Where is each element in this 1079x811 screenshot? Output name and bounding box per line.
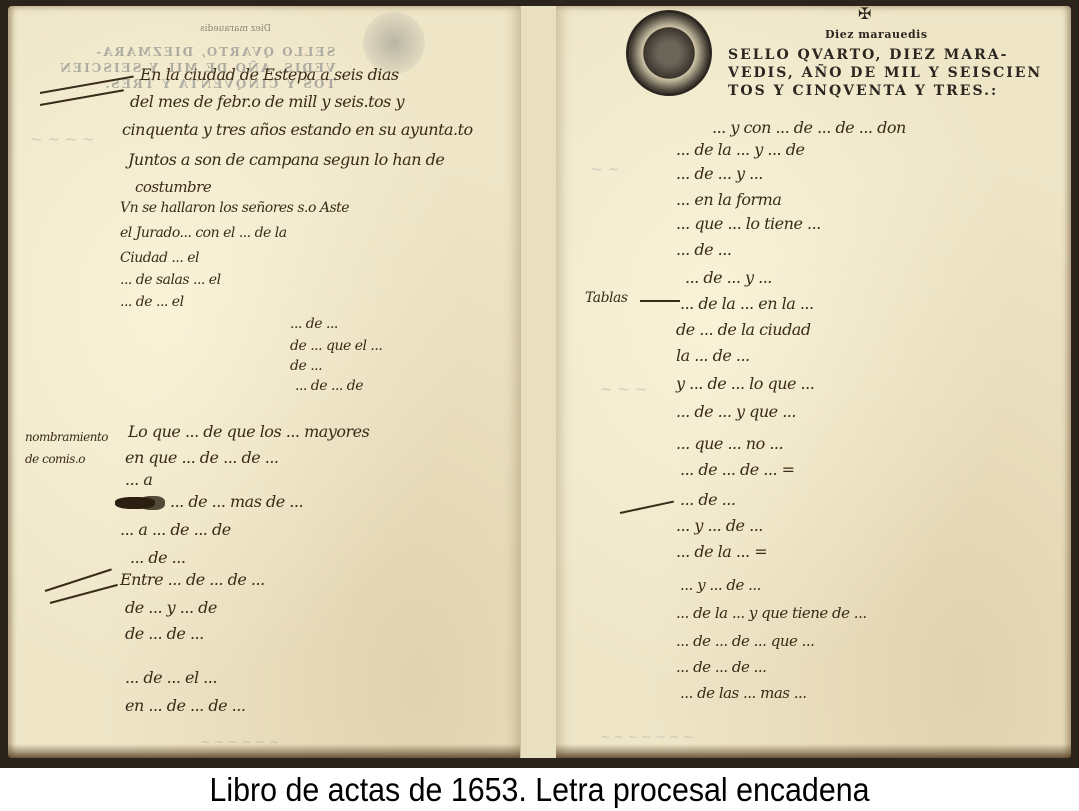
margin-dash: [640, 300, 680, 302]
left-line-22: de ... y ... de: [125, 598, 217, 617]
right-line-12: ... de ... y que ...: [676, 402, 796, 421]
right-line-2: ... de la ... y ... de: [676, 140, 804, 159]
right-line-5: ... que ... lo tiene ...: [676, 214, 821, 233]
right-page-burnt-edge: [556, 744, 1071, 758]
right-line-7: ... de ... y ...: [685, 268, 772, 287]
left-line-14: ... de ... de: [295, 378, 363, 394]
right-line-16: ... y ... de ...: [676, 516, 763, 535]
right-line-6: ... de ...: [676, 240, 731, 259]
left-margin-note-1: nombramiento: [25, 430, 108, 444]
right-line-18: ... y ... de ...: [680, 576, 761, 594]
left-line-16: en que ... de ... de ...: [125, 448, 279, 467]
left-line-12: de ... que el ...: [290, 338, 382, 354]
right-line-11: y ... de ... lo que ...: [676, 374, 814, 393]
right-line-1: ... y con ... de ... de ... don: [712, 118, 906, 137]
left-line-21: Entre ... de ... de ...: [120, 570, 265, 589]
left-line-8: Ciudad ... el: [120, 250, 199, 266]
left-line-2: del mes de febr.o de mill y seis.tos y: [130, 92, 404, 111]
right-margin-note-1: Tablas: [585, 290, 628, 306]
right-line-4: ... en la forma: [676, 190, 781, 209]
left-line-25: en ... de ... de ...: [125, 696, 245, 715]
left-line-24: ... de ... el ...: [125, 668, 217, 687]
right-line-3: ... de ... y ...: [676, 164, 763, 183]
stamp-value: Diez marauedis: [825, 28, 928, 41]
left-line-6: Vn se hallaron los señores s.o Aste: [120, 200, 349, 216]
right-line-17: ... de la ... =: [676, 542, 767, 561]
left-line-19: ... a ... de ... de: [120, 520, 231, 539]
right-line-9: de ... de la ciudad: [676, 320, 811, 339]
right-line-8: ... de la ... en la ...: [680, 294, 814, 313]
left-page: [8, 6, 520, 758]
left-line-18: ... de ... mas de ...: [170, 492, 303, 511]
left-line-17: ... a: [125, 470, 152, 489]
left-line-3: cinquenta y tres años estando en su ayun…: [122, 120, 473, 139]
right-line-22: ... de las ... mas ...: [680, 684, 807, 702]
royal-seal-stamp: [626, 10, 712, 96]
left-line-13: de ...: [290, 358, 322, 374]
left-line-1: En la ciudad de Estepa a seis dias: [140, 65, 399, 84]
left-line-11: ... de ...: [290, 316, 338, 332]
right-line-14: ... de ... de ... =: [680, 460, 795, 479]
right-line-15: ... de ...: [680, 490, 735, 509]
left-line-20: ... de ...: [130, 548, 185, 567]
left-line-23: de ... de ...: [125, 624, 204, 643]
left-line-7: el Jurado... con el ... de la: [120, 225, 287, 241]
stamp-header: SELLO QVARTO, DIEZ MARA- VEDIS, AÑO DE M…: [728, 46, 1042, 100]
left-line-5: costumbre: [135, 178, 211, 196]
left-line-10: ... de ... el: [120, 294, 184, 310]
right-line-21: ... de ... de ...: [676, 658, 766, 676]
ghost-stamp-value: Diez marauedis: [200, 24, 271, 34]
right-line-19: ... de la ... y que tiene de ...: [676, 604, 867, 622]
book-gutter: [520, 6, 558, 758]
right-line-13: ... que ... no ...: [676, 434, 783, 453]
ink-blot: [140, 496, 165, 510]
manuscript-scan: Diez marauedis SELLO QVARTO, DIEZMARA- V…: [0, 0, 1079, 768]
left-line-4: Juntos a son de campana segun lo han de: [128, 150, 444, 169]
right-line-10: la ... de ...: [676, 346, 750, 365]
left-margin-note-2: de comis.o: [25, 452, 85, 466]
left-line-9: ... de salas ... el: [120, 272, 221, 288]
right-line-20: ... de ... de ... que ...: [676, 632, 814, 650]
cross-icon: ✠: [858, 4, 871, 23]
image-caption: Libro de actas de 1653. Letra procesal e…: [43, 768, 1036, 811]
left-line-15: Lo que ... de que los ... mayores: [128, 422, 369, 441]
